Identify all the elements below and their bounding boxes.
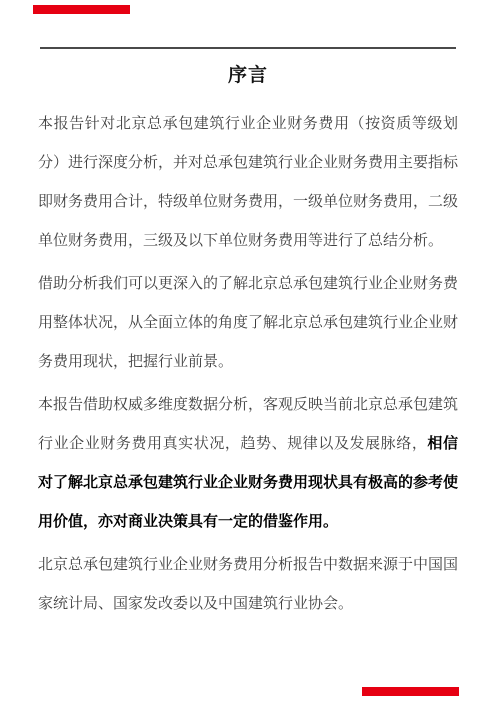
header-divider xyxy=(40,47,456,49)
paragraph: 借助分析我们可以更深入的了解北京总承包建筑行业企业财务费用整体状况，从全面立体的… xyxy=(38,264,458,381)
document-page: 序言 本报告针对北京总承包建筑行业企业财务费用（按资质等级划分）进行深度分析，并… xyxy=(0,0,496,701)
paragraph-text: 借助分析我们可以更深入的了解北京总承包建筑行业企业财务费用整体状况，从全面立体的… xyxy=(38,275,458,370)
paragraph-text: 本报告借助权威多维度数据分析，客观反映当前北京总承包建筑行业企业财务费用真实状况… xyxy=(38,396,458,452)
paragraph: 本报告借助权威多维度数据分析，客观反映当前北京总承包建筑行业企业财务费用真实状况… xyxy=(38,385,458,541)
paragraph-text: 本报告针对北京总承包建筑行业企业财务费用（按资质等级划分）进行深度分析，并对总承… xyxy=(38,115,458,249)
page-title: 序言 xyxy=(0,64,496,88)
top-accent-bar xyxy=(33,5,130,14)
paragraph: 北京总承包建筑行业企业财务费用分析报告中数据来源于中国国家统计局、国家发改委以及… xyxy=(38,545,458,623)
paragraph-text: 北京总承包建筑行业企业财务费用分析报告中数据来源于中国国家统计局、国家发改委以及… xyxy=(38,556,458,612)
paragraph: 本报告针对北京总承包建筑行业企业财务费用（按资质等级划分）进行深度分析，并对总承… xyxy=(38,104,458,260)
bottom-accent-bar xyxy=(362,687,459,696)
preface-content: 本报告针对北京总承包建筑行业企业财务费用（按资质等级划分）进行深度分析，并对总承… xyxy=(38,104,458,627)
